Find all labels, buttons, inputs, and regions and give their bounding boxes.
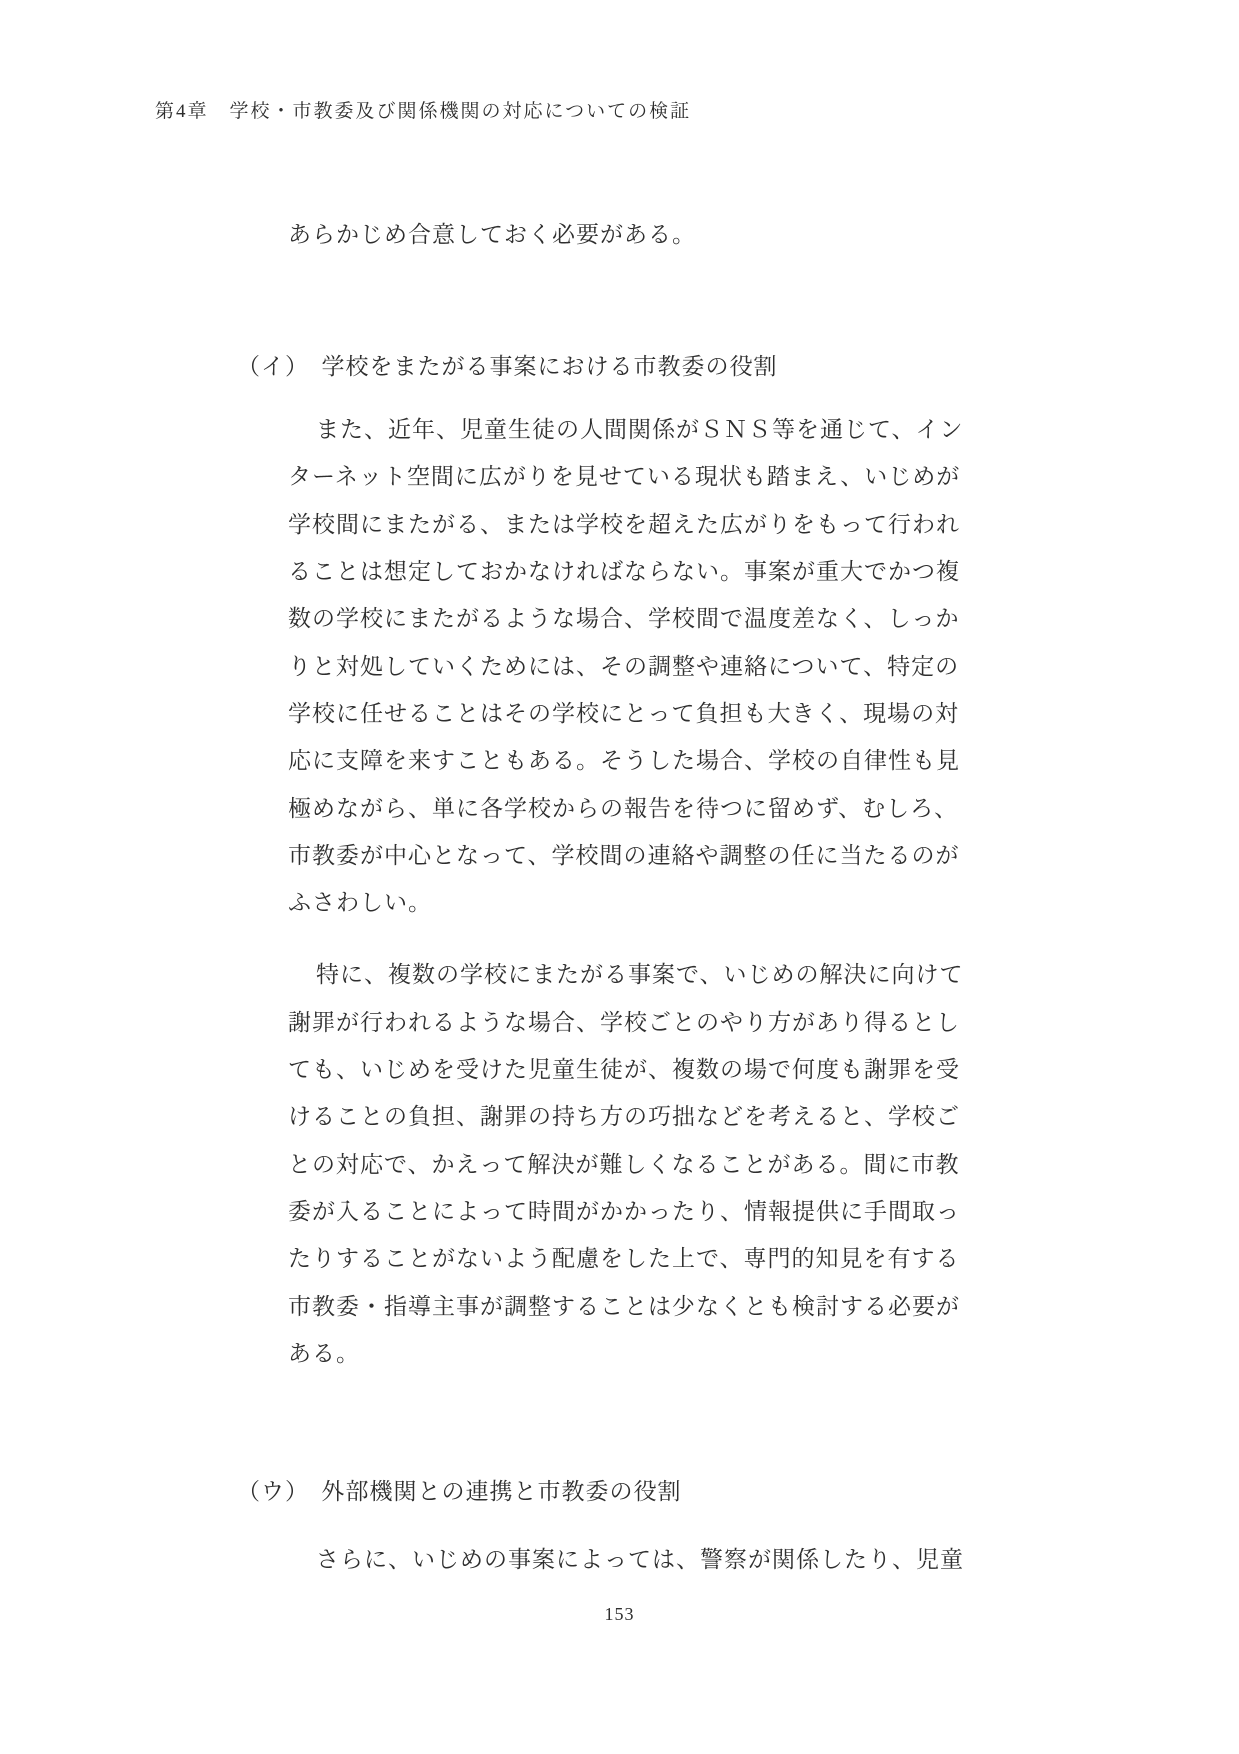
body-line: 学校に任せることはその学校にとって負担も大きく、現場の対 <box>288 699 988 729</box>
body-line: との対応で、かえって解決が難しくなることがある。間に市教 <box>288 1150 988 1180</box>
body-line: けることの負担、謝罪の持ち方の巧拙などを考えると、学校ご <box>288 1102 988 1132</box>
body-line: 謝罪が行われるような場合、学校ごとのやり方があり得るとし <box>288 1008 988 1038</box>
chapter-header: 第4章 学校・市教委及び関係機関の対応についての検証 <box>155 96 691 123</box>
body-line: 学校間にまたがる、または学校を超えた広がりをもって行われ <box>288 510 988 540</box>
body-line: たりすることがないよう配慮をした上で、専門的知見を有する <box>288 1244 988 1274</box>
body-line: 市教委が中心となって、学校間の連絡や調整の任に当たるのが <box>288 841 988 871</box>
section-heading-i: （イ） 学校をまたがる事案における市教委の役割 <box>237 352 778 382</box>
body-line: また、近年、児童生徒の人間関係がＳＮＳ等を通じて、イン <box>288 415 988 445</box>
page-number: 153 <box>0 1604 1239 1625</box>
body-line: さらに、いじめの事案によっては、警察が関係したり、児童 <box>288 1545 988 1575</box>
body-line: 応に支障を来すこともある。そうした場合、学校の自律性も見 <box>288 746 988 776</box>
body-line: 極めながら、単に各学校からの報告を待つに留めず、むしろ、 <box>288 794 988 824</box>
body-line: ることは想定しておかなければならない。事案が重大でかつ複 <box>288 557 988 587</box>
body-line: ある。 <box>288 1339 988 1369</box>
body-line: りと対処していくためには、その調整や連絡について、特定の <box>288 652 988 682</box>
body-line: あらかじめ合意しておく必要がある。 <box>288 220 988 250</box>
body-line: ターネット空間に広がりを見せている現状も踏まえ、いじめが <box>288 462 988 492</box>
document-page: 第4章 学校・市教委及び関係機関の対応についての検証 あらかじめ合意しておく必要… <box>0 0 1239 1754</box>
section-heading-u: （ウ） 外部機関との連携と市教委の役割 <box>237 1477 682 1507</box>
body-line: 委が入ることによって時間がかかったり、情報提供に手間取っ <box>288 1197 988 1227</box>
body-line: 市教委・指導主事が調整することは少なくとも検討する必要が <box>288 1292 988 1322</box>
body-line: ても、いじめを受けた児童生徒が、複数の場で何度も謝罪を受 <box>288 1055 988 1085</box>
body-line: 特に、複数の学校にまたがる事案で、いじめの解決に向けて <box>288 960 988 990</box>
body-line: ふさわしい。 <box>288 888 988 918</box>
body-line: 数の学校にまたがるような場合、学校間で温度差なく、しっか <box>288 604 988 634</box>
